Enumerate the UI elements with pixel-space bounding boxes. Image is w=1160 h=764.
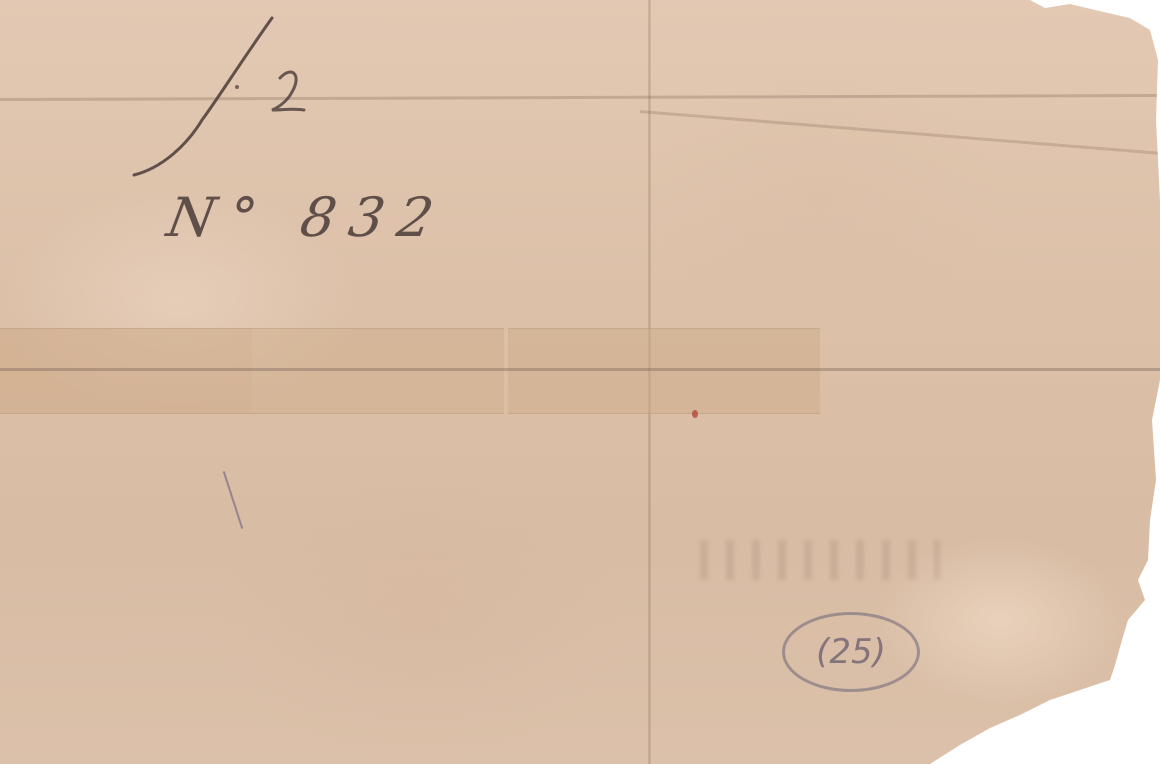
document-scan: f.2 N° 832 (25) [0,0,1160,764]
folio-mark-handwriting: f.2 [122,10,322,190]
horizontal-fold-line-right [640,110,1159,155]
bleed-through-text [700,540,940,580]
tear-line [0,368,1160,371]
paper-sheet: f.2 N° 832 (25) [0,0,1160,764]
repair-tape-segment [252,328,504,414]
stray-pen-stroke [223,471,243,529]
pencil-annotation: (25) [782,612,920,692]
repair-tape-segment [508,328,820,414]
red-speck [692,410,698,418]
document-number-handwriting: N° 832 [162,186,452,249]
repair-tape-segment [0,328,252,414]
